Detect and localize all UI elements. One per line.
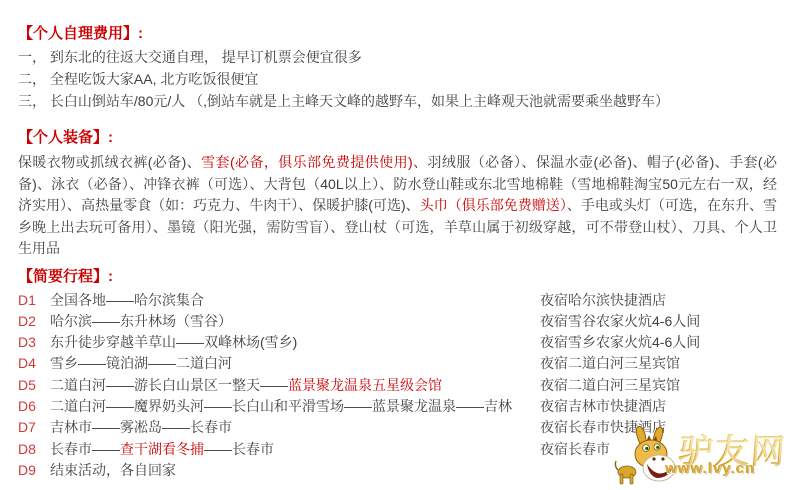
self-pay-list: 一， 到东北的往返大交通自理， 提早订机票会便宜很多 二， 全程吃饭大家AA, … — [18, 46, 777, 112]
route-segment-highlight: 蓝景聚龙温泉五星级会馆 — [288, 377, 442, 393]
route-segment: 全国各地——哈尔滨集合 — [50, 292, 204, 308]
equipment-segment: 保暖衣物或抓绒衣裤(必备)、 — [18, 154, 201, 170]
route-segment-highlight: 查干湖看冬捕 — [120, 441, 204, 457]
itinerary-row-d2: D2 哈尔滨——东升林场（雪谷） 夜宿雪谷农家火炕4-6人间 — [18, 311, 777, 332]
lodging-text: 夜宿哈尔滨快捷酒店 — [540, 290, 777, 310]
route-segment: 哈尔滨——东升林场（雪谷） — [50, 313, 232, 329]
route-text: 全国各地——哈尔滨集合 — [50, 290, 540, 310]
itinerary-row-d3: D3 东升徒步穿越羊草山——双峰林场(雪乡) 夜宿雪乡农家火炕4-6人间 — [18, 332, 777, 353]
equipment-section: 【个人装备】: 保暖衣物或抓绒衣裤(必备)、雪套(必备，俱乐部免费提供使用)、羽… — [18, 128, 777, 260]
route-segment: 长春市—— — [50, 441, 120, 457]
itinerary-row-d1: D1 全国各地——哈尔滨集合 夜宿哈尔滨快捷酒店 — [18, 290, 777, 311]
equipment-segment-highlight: 头巾（俱乐部免费赠送） — [420, 197, 567, 213]
day-label: D4 — [18, 355, 50, 371]
route-text: 结束活动，各自回家 — [50, 460, 540, 480]
day-label: D3 — [18, 334, 50, 350]
day-label: D7 — [18, 419, 50, 435]
lodging-text: 夜宿吉林市快捷酒店 — [540, 396, 777, 416]
day-label: D2 — [18, 313, 50, 329]
day-label: D1 — [18, 292, 50, 308]
route-segment: 吉林市——雾凇岛——长春市 — [50, 419, 232, 435]
route-text: 二道白河——魔界奶头河——长白山和平滑雪场——蓝景聚龙温泉——吉林 — [50, 396, 540, 416]
route-text: 二道白河——游长白山景区一整天——蓝景聚龙温泉五星级会馆 — [50, 375, 540, 395]
day-label: D8 — [18, 441, 50, 457]
equipment-text: 保暖衣物或抓绒衣裤(必备)、雪套(必备，俱乐部免费提供使用)、羽绒服（必备）、保… — [18, 152, 777, 260]
lodging-text: 夜宿二道白河三星宾馆 — [540, 353, 777, 373]
equipment-segment-highlight: 雪套(必备，俱乐部免费提供使用) — [201, 154, 413, 170]
day-label: D5 — [18, 377, 50, 393]
route-segment: 雪乡——镜泊湖——二道白河 — [50, 355, 232, 371]
donkey-mascot-icon — [613, 426, 683, 488]
lodging-text: 夜宿二道白河三星宾馆 — [540, 375, 777, 395]
lodging-text: 夜宿雪乡农家火炕4-6人间 — [540, 332, 777, 352]
self-pay-item-2: 二， 全程吃饭大家AA, 北方吃饭很便宜 — [18, 68, 777, 90]
route-segment: 东升徒步穿越羊草山——双峰林场(雪乡) — [50, 334, 297, 350]
logo-site-url: www.lvy.cn — [665, 460, 755, 477]
itinerary-row-d5: D5 二道白河——游长白山景区一整天——蓝景聚龙温泉五星级会馆 夜宿二道白河三星… — [18, 375, 777, 396]
route-segment: ——长春市 — [204, 441, 274, 457]
lvy-watermark-logo: 驴友网 www.lvy.cn — [613, 426, 791, 490]
day-label: D9 — [18, 462, 50, 478]
travel-itinerary-document: 【个人自理费用】: 一， 到东北的往返大交通自理， 提早订机票会便宜很多 二， … — [0, 0, 793, 490]
itinerary-row-d4: D4 雪乡——镜泊湖——二道白河 夜宿二道白河三星宾馆 — [18, 353, 777, 374]
day-label: D6 — [18, 398, 50, 414]
document-content: 【个人自理费用】: 一， 到东北的往返大交通自理， 提早订机票会便宜很多 二， … — [0, 0, 793, 481]
route-text: 东升徒步穿越羊草山——双峰林场(雪乡) — [50, 332, 540, 352]
lodging-text: 夜宿雪谷农家火炕4-6人间 — [540, 311, 777, 331]
route-text: 雪乡——镜泊湖——二道白河 — [50, 353, 540, 373]
route-text: 哈尔滨——东升林场（雪谷） — [50, 311, 540, 331]
route-text: 长春市——查干湖看冬捕——长春市 — [50, 439, 540, 459]
self-pay-heading: 【个人自理费用】: — [18, 24, 777, 44]
self-pay-item-3: 三， 长白山倒站车/80元/人 （,倒站车就是上主峰天文峰的越野车，如果上主峰观… — [18, 90, 777, 112]
itinerary-heading: 【简要行程】: — [18, 267, 777, 287]
route-text: 吉林市——雾凇岛——长春市 — [50, 417, 540, 437]
route-segment: 结束活动，各自回家 — [50, 462, 176, 478]
equipment-heading: 【个人装备】: — [18, 128, 777, 148]
route-segment: 二道白河——魔界奶头河——长白山和平滑雪场——蓝景聚龙温泉——吉林 — [50, 398, 512, 414]
route-segment: 二道白河——游长白山景区一整天—— — [50, 377, 288, 393]
self-pay-section: 【个人自理费用】: 一， 到东北的往返大交通自理， 提早订机票会便宜很多 二， … — [18, 24, 777, 112]
self-pay-item-1: 一， 到东北的往返大交通自理， 提早订机票会便宜很多 — [18, 46, 777, 68]
itinerary-row-d6: D6 二道白河——魔界奶头河——长白山和平滑雪场——蓝景聚龙温泉——吉林 夜宿吉… — [18, 396, 777, 417]
